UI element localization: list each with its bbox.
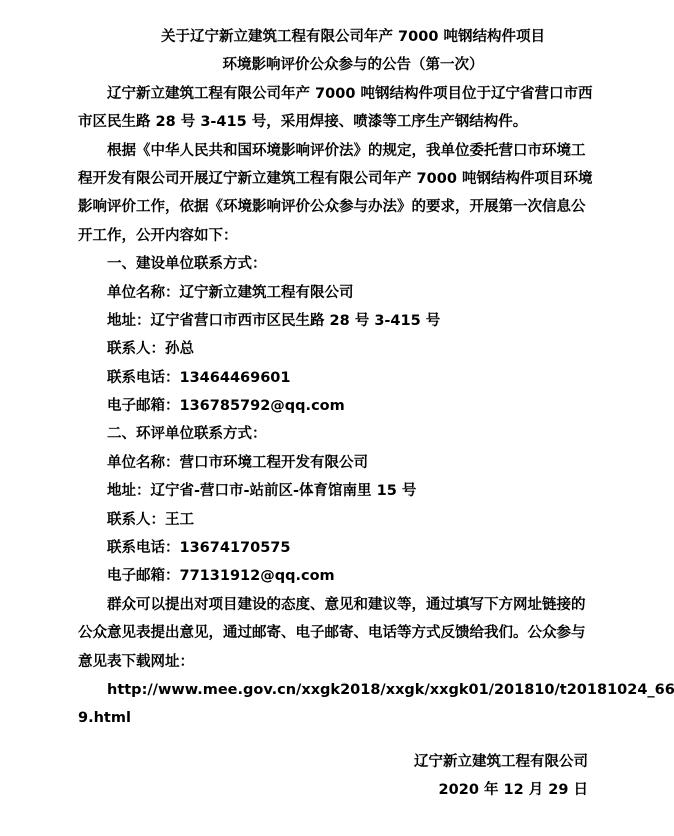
section-2-field-phone: 联系电话：13674170575	[78, 534, 588, 562]
section-2-field-contact-person: 联系人：王工	[78, 506, 588, 534]
section-1-heading: 一、建设单位联系方式：	[78, 250, 588, 278]
paragraph-2-line: 影响评价工作，依据《环境影响评价公众参与办法》的要求，开展第一次信息公	[78, 193, 588, 221]
paragraph-2-line: 程开发有限公司开展辽宁新立建筑工程有限公司年产 7000 吨钢结构件项目环境	[78, 165, 588, 193]
signature-company: 辽宁新立建筑工程有限公司	[78, 748, 588, 776]
document-content: 关于辽宁新立建筑工程有限公司年产 7000 吨钢结构件项目 环境影响评价公众参与…	[78, 23, 588, 805]
document-title-line-1: 关于辽宁新立建筑工程有限公司年产 7000 吨钢结构件项目	[78, 23, 588, 51]
signature-date: 2020 年 12 月 29 日	[78, 776, 588, 804]
section-1-field-email: 电子邮箱：136785792@qq.com	[78, 392, 588, 420]
document-title-line-2: 环境影响评价公众参与的公告（第一次）	[78, 51, 588, 79]
paragraph-3-line: 意见表下载网址：	[78, 648, 588, 676]
download-url-line: http://www.mee.gov.cn/xxgk2018/xxgk/xxgk…	[78, 676, 588, 704]
section-2-field-address: 地址：辽宁省-营口市-站前区-体育馆南里 15 号	[78, 477, 588, 505]
paragraph-2-line: 根据《中华人民共和国环境影响评价法》的规定，我单位委托营口市环境工	[78, 137, 588, 165]
paragraph-2-line: 开工作，公开内容如下：	[78, 222, 588, 250]
download-url-line: 9.html	[78, 704, 588, 732]
section-1-field-address: 地址：辽宁省营口市西市区民生路 28 号 3-415 号	[78, 307, 588, 335]
paragraph-1-line: 市区民生路 28 号 3-415 号，采用焊接、喷漆等工序生产钢结构件。	[78, 108, 588, 136]
section-2-heading: 二、环评单位联系方式：	[78, 420, 588, 448]
section-1-field-company-name: 单位名称：辽宁新立建筑工程有限公司	[78, 279, 588, 307]
section-2-field-company-name: 单位名称：营口市环境工程开发有限公司	[78, 449, 588, 477]
section-1-field-phone: 联系电话：13464469601	[78, 364, 588, 392]
paragraph-1-line: 辽宁新立建筑工程有限公司年产 7000 吨钢结构件项目位于辽宁省营口市西	[78, 80, 588, 108]
signature-spacer	[78, 733, 588, 748]
paragraph-3-line: 公众意见表提出意见，通过邮寄、电子邮寄、电话等方式反馈给我们。公众参与	[78, 619, 588, 647]
document-page: 关于辽宁新立建筑工程有限公司年产 7000 吨钢结构件项目 环境影响评价公众参与…	[0, 0, 674, 836]
paragraph-3-line: 群众可以提出对项目建设的态度、意见和建议等，通过填写下方网址链接的	[78, 591, 588, 619]
section-1-field-contact-person: 联系人：孙总	[78, 335, 588, 363]
section-2-field-email: 电子邮箱：77131912@qq.com	[78, 562, 588, 590]
